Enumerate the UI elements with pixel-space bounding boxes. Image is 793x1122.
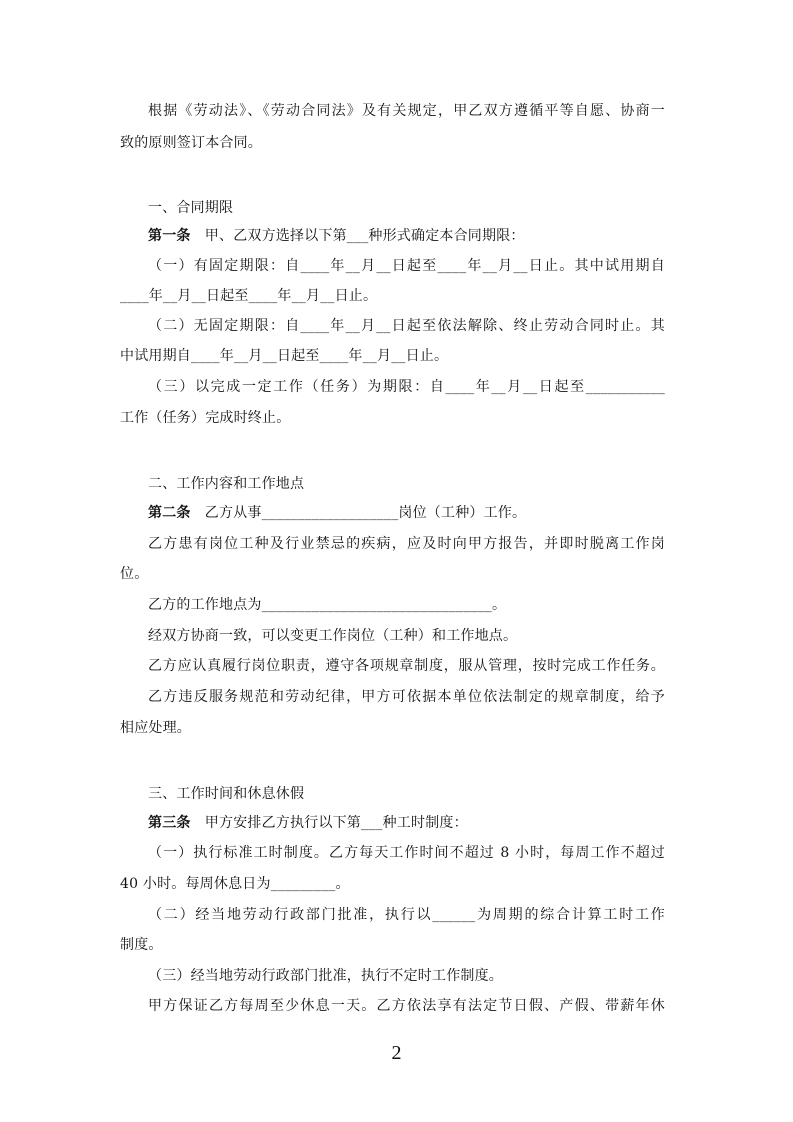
article3-label: 第三条 [148, 815, 191, 831]
s3-item1-line2: 40 小时。每周休息日为_________。 [120, 874, 665, 894]
intro-paragraph-line1: 根据《劳动法》、《劳动合同法》及有关规定，甲乙双方遵循平等自愿、协商一 [148, 101, 665, 121]
s1-item3-line2: 工作（任务）完成时终止。 [120, 408, 665, 428]
s2-p5-line1: 乙方违反服务规范和劳动纪律，甲方可依据本单位依法制定的规章制度，给予 [148, 687, 665, 707]
s3-p1-line1: 甲方保证乙方每周至少休息一天。乙方依法享有法定节日假、产假、带薪年休 [148, 996, 665, 1016]
document-page: 根据《劳动法》、《劳动合同法》及有关规定，甲乙双方遵循平等自愿、协商一 致的原则… [0, 0, 793, 1122]
s2-p2: 乙方的工作地点为________________________________… [148, 595, 665, 615]
article2: 第二条 乙方从事___________________岗位（工种）工作。 [148, 503, 665, 523]
article1: 第一条 甲、乙双方选择以下第___种形式确定本合同期限： [148, 226, 665, 246]
s1-item1-line1: （一）有固定期限：自____年__月__日起至____年__月__日止。其中试用… [148, 256, 665, 276]
s3-item1-line1: （一）执行标准工时制度。乙方每天工作时间不超过 8 小时，每周工作不超过 [148, 843, 665, 863]
s2-p1-line1: 乙方患有岗位工种及行业禁忌的疾病，应及时向甲方报告，并即时脱离工作岗 [148, 534, 665, 554]
article1-label: 第一条 [148, 228, 191, 244]
section2-heading: 二、工作内容和工作地点 [148, 474, 665, 494]
intro-paragraph-line2: 致的原则签订本合同。 [120, 133, 665, 153]
s2-p1-line2: 位。 [120, 564, 665, 584]
article2-text: 乙方从事___________________岗位（工种）工作。 [191, 505, 527, 521]
article1-text: 甲、乙双方选择以下第___种形式确定本合同期限： [191, 228, 525, 244]
s2-p5-line2: 相应处理。 [120, 718, 665, 738]
article3-text: 甲方安排乙方执行以下第___种工时制度： [191, 815, 468, 831]
s1-item1-line2: ____年__月__日起至____年__月__日止。 [120, 286, 665, 306]
section1-heading: 一、合同期限 [148, 198, 665, 218]
s1-item3-line1: （三）以完成一定工作（任务）为期限：自____年__月__日起至________… [148, 377, 665, 397]
s3-item2-line2: 制度。 [120, 935, 665, 955]
article2-label: 第二条 [148, 505, 191, 521]
article3: 第三条 甲方安排乙方执行以下第___种工时制度： [148, 813, 665, 833]
page-number: 2 [0, 1042, 793, 1065]
s2-p4: 乙方应认真履行岗位职责，遵守各项规章制度，服从管理，按时完成工作任务。 [148, 656, 665, 676]
section3-heading: 三、工作时间和休息休假 [148, 784, 665, 804]
s3-item2-line1: （二）经当地劳动行政部门批准，执行以______为周期的综合计算工时工作 [148, 905, 665, 925]
s1-item2-line2: 中试用期自____年__月__日起至____年__月__日止。 [120, 346, 665, 366]
s1-item2-line1: （二）无固定期限：自____年__月__日起至依法解除、终止劳动合同时止。其 [148, 316, 665, 336]
s3-item3: （三）经当地劳动行政部门批准，执行不定时工作制度。 [148, 966, 665, 986]
s2-p3: 经双方协商一致，可以变更工作岗位（工种）和工作地点。 [148, 626, 665, 646]
